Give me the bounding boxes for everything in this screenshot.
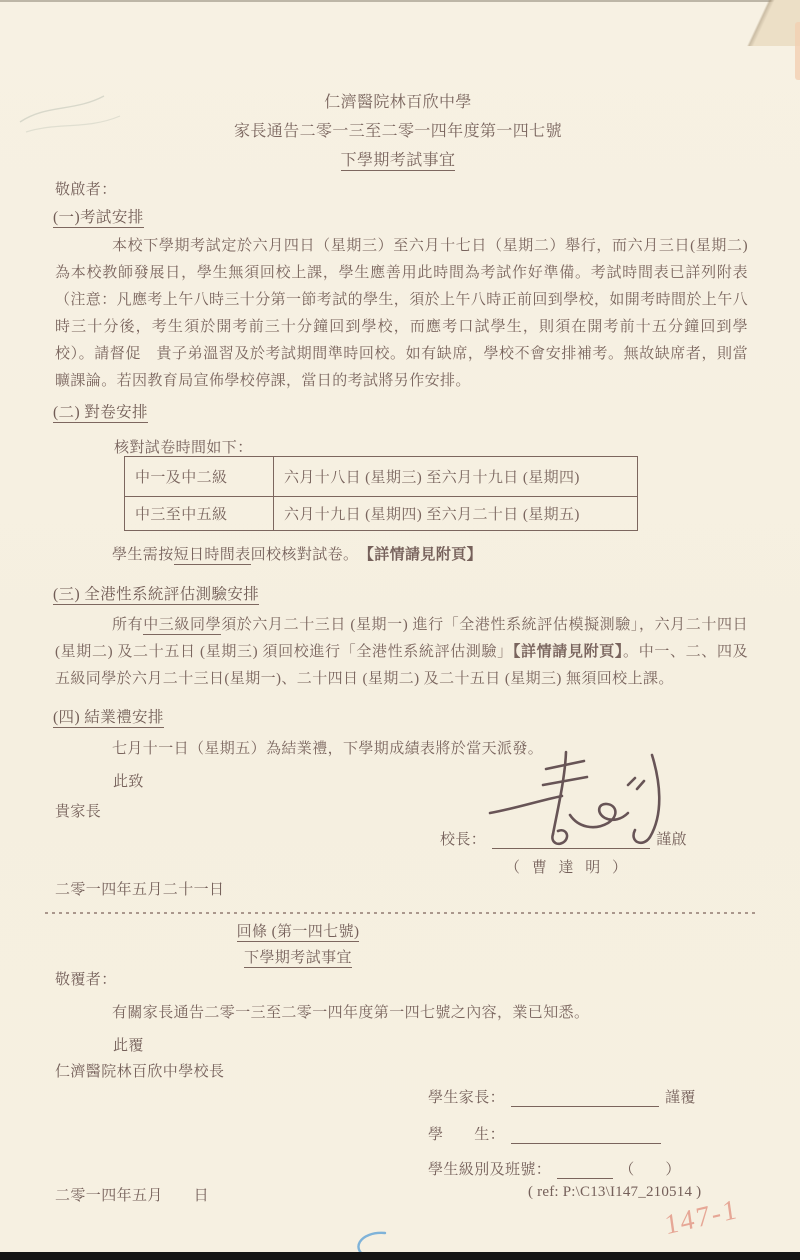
note-prefix: 學生需按 [112,547,174,563]
short-day-timetable: 短日時間表 [174,547,251,565]
principal-label: 校長： [440,828,486,849]
class-number-line [557,1163,613,1179]
scanned-notice-page: 仁濟醫院林百欣中學 家長通告二零一三至二零一四年度第一四七號 下學期考試事宜 敬… [0,0,800,1260]
s3-prefix: 所有 [112,617,143,633]
notice-number: 家長通告二零一三至二零一四年度第一四七號 [0,118,796,141]
parent-signature-line [511,1091,659,1107]
student-label: 學 生： [428,1123,505,1144]
exam-check-table: 中一及中二級 六月十八日 (星期三) 至六月十九日 (星期四) 中三至中五級 六… [124,456,638,531]
table-row: 中三至中五級 六月十九日 (星期四) 至六月二十日 (星期五) [125,497,638,531]
grade-cell: 中一及中二級 [125,457,274,497]
principal-sign-row: 校長： 謹啟 [440,828,687,849]
parent-respect: 謹覆 [665,1086,696,1107]
notice-subject: 下學期考試事宜 [0,147,796,170]
parent-label: 學生家長： [428,1086,505,1107]
file-ref: ( ref: P:\C13\I147_210514 ) [528,1184,701,1201]
section2-title: (二) 對卷安排 [53,400,148,422]
see-attachment-note: 【詳情請見附頁】 [366,547,482,563]
class-label: 學生級別及班號： [428,1158,551,1179]
close-phrase: 此致 [113,770,144,791]
dates-cell: 六月十八日 (星期三) 至六月十九日 (星期四) [274,457,638,497]
see-attachment-note-2: 【詳情請見附頁】 [513,644,623,660]
notice-date: 二零一四年五月二十一日 [55,878,224,899]
reply-title: 回條 (第一四七號) [0,920,596,941]
student-row: 學 生： [428,1123,661,1144]
grade-cell: 中三至中五級 [125,497,274,531]
section2-note: 學生需按短日時間表回校核對試卷。 【詳情請見附頁】 [112,543,482,564]
section3-body: 所有中三級同學須於六月二十三日 (星期一) 進行「全港性系統評估模擬測驗」，六月… [55,612,748,693]
reply-recipient: 仁濟醫院林百欣中學校長 [55,1060,224,1081]
parent-sign-row: 學生家長： 謹覆 [428,1086,696,1107]
page-corner-top-right [708,0,800,46]
salutation: 敬啟者： [55,178,117,199]
reply-close: 此覆 [113,1034,144,1055]
notice-subject-text: 下學期考試事宜 [341,152,456,171]
student-name-line [511,1128,661,1144]
reply-body: 有關家長通告二零一三至二零一四年度第一四七號之內容，業已知悉。 [55,1000,748,1027]
scan-edge-bottom [0,1252,800,1260]
section1-body: 本校下學期考試定於六月四日（星期三）至六月十七日（星期二）舉行，而六月三日(星期… [55,233,748,395]
tear-off-divider [45,912,757,914]
dates-cell: 六月十九日 (星期四) 至六月二十日 (星期五) [274,497,638,531]
scan-edge-top [0,0,800,2]
reply-date: 二零一四年五月 日 [55,1184,209,1205]
reply-salutation: 敬覆者： [55,968,117,989]
recipient: 貴家長 [55,800,101,821]
principal-respect: 謹啟 [656,828,687,849]
corner-shadow-sliver [795,22,800,80]
note-text: 回校核對試卷。 [251,547,367,563]
school-name: 仁濟醫院林百欣中學 [0,89,796,112]
section3-title: (三) 全港性系統評估測驗安排 [53,582,259,604]
principal-name: （ 曹 達 明 ） [505,856,631,877]
section1-title: (一)考試安排 [53,205,144,227]
s3-underlined-grade: 中三級同學 [143,617,221,635]
class-row: 學生級別及班號： （ ） [428,1158,681,1179]
principal-signature-line [492,833,650,849]
table-row: 中一及中二級 六月十八日 (星期三) 至六月十九日 (星期四) [125,457,638,497]
section4-title: (四) 結業禮安排 [53,705,164,727]
reply-subject: 下學期考試事宜 [0,946,596,967]
section2-intro: 核對試卷時間如下： [114,436,253,457]
class-paren: （ ） [619,1158,681,1179]
